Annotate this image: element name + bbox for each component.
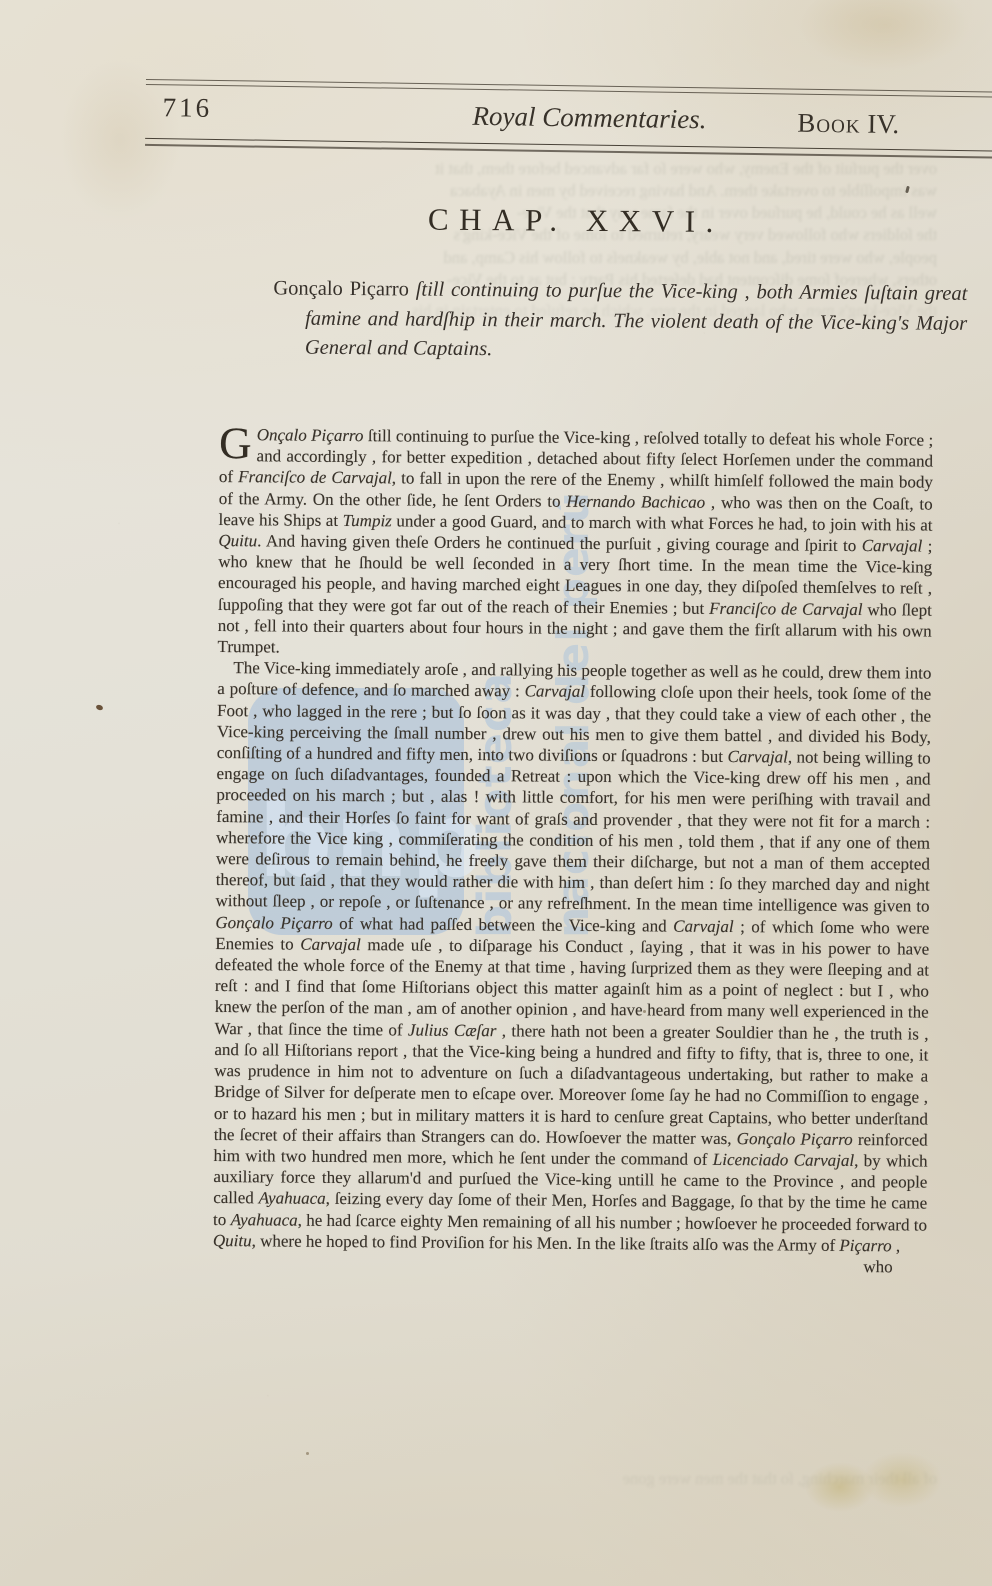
italic-text-run: Ayahuaca: [259, 1189, 326, 1209]
bleedthrough-line: people, who were tired, and not able, by…: [225, 247, 937, 268]
italic-text-run: Licenciado Carvajal: [713, 1150, 854, 1170]
paper-stain: [800, 0, 970, 70]
italic-text-run: Carvajal: [862, 536, 923, 555]
italic-text-run: Hernando Bachicao: [566, 491, 705, 511]
italic-text-run: Quitu: [218, 531, 257, 550]
italic-text-run: Onçalo Piçarro: [257, 425, 364, 445]
text-run: , not being willing to engage on ſuch di…: [215, 748, 930, 917]
italic-text-run: Gonçalo Piçarro: [737, 1129, 853, 1149]
italic-text-run: Ayahuaca: [231, 1210, 298, 1230]
italic-text-run: Piçarro: [839, 1236, 891, 1255]
italic-text-run: Franciſco de Carvajal: [709, 598, 863, 618]
text-run: ,: [892, 1236, 901, 1255]
running-title: Royal Commentaries.: [379, 99, 799, 136]
text-run: , where he hoped to find Proviſion for h…: [252, 1231, 840, 1255]
ink-speck: [306, 1452, 309, 1455]
body-text: GOnçalo Piçarro ſtill continuing to purſ…: [213, 424, 934, 1278]
text-run: under a good Guard, and to march with wh…: [392, 511, 933, 534]
book-numeral: IV.: [867, 109, 899, 139]
drop-cap: G: [219, 425, 252, 465]
italic-text-run: Julius Cæſar: [408, 1020, 497, 1040]
paper-stain: [862, 1452, 942, 1508]
paragraph: The Vice-king immediately aroſe , and ra…: [213, 657, 932, 1256]
ink-speck: [95, 704, 103, 711]
text-run: of what had paſſed between the Vice-king…: [333, 914, 674, 936]
italic-text-run: Franciſco de Carvajal: [238, 468, 392, 488]
italic-text-run: Tumpiz: [343, 511, 392, 530]
header-rule-bottom-echo: [145, 144, 992, 159]
italic-text-run: Carvajal: [727, 747, 788, 766]
italic-text-run: Carvajal: [525, 682, 586, 701]
bleedthrough-line: of all their marching, ſo that the men w…: [225, 1468, 937, 1489]
chapter-summary: Gonçalo Piçarro ſtill continuing to purſ…: [273, 274, 968, 368]
ink-speck: [905, 186, 910, 194]
text-run: . And having given theſe Orders he conti…: [257, 531, 862, 555]
page-content: CHAP. XXVI. Gonçalo Piçarro ſtill contin…: [2, 0, 992, 6]
chapter-summary-lead: Gonçalo Piçarro: [273, 277, 409, 300]
italic-text-run: Carvajal: [673, 916, 734, 935]
book-page-scan: over the purſuit of the Enemy, who were …: [0, 0, 992, 1586]
book-label: Book IV.: [797, 108, 899, 141]
chapter-heading: CHAP. XXVI.: [246, 200, 906, 241]
book-word: Book: [797, 108, 861, 139]
text-run: , he had ſcarce eighty Men remaining of …: [298, 1210, 928, 1234]
bleedthrough-line: over the purſuit of the Enemy, who were …: [225, 158, 937, 179]
paper-stain: [805, 1462, 875, 1512]
page-number: 716: [162, 92, 212, 124]
bleedthrough-line: was impoſſible to overtake them. And hav…: [225, 180, 937, 201]
paragraph: GOnçalo Piçarro ſtill continuing to purſ…: [217, 424, 933, 663]
italic-text-run: Carvajal: [300, 935, 361, 954]
italic-text-run: Gonçalo Piçarro: [215, 913, 332, 933]
italic-text-run: Quitu: [213, 1231, 252, 1250]
page-header: 716 Royal Commentaries. Book IV.: [1, 0, 992, 12]
